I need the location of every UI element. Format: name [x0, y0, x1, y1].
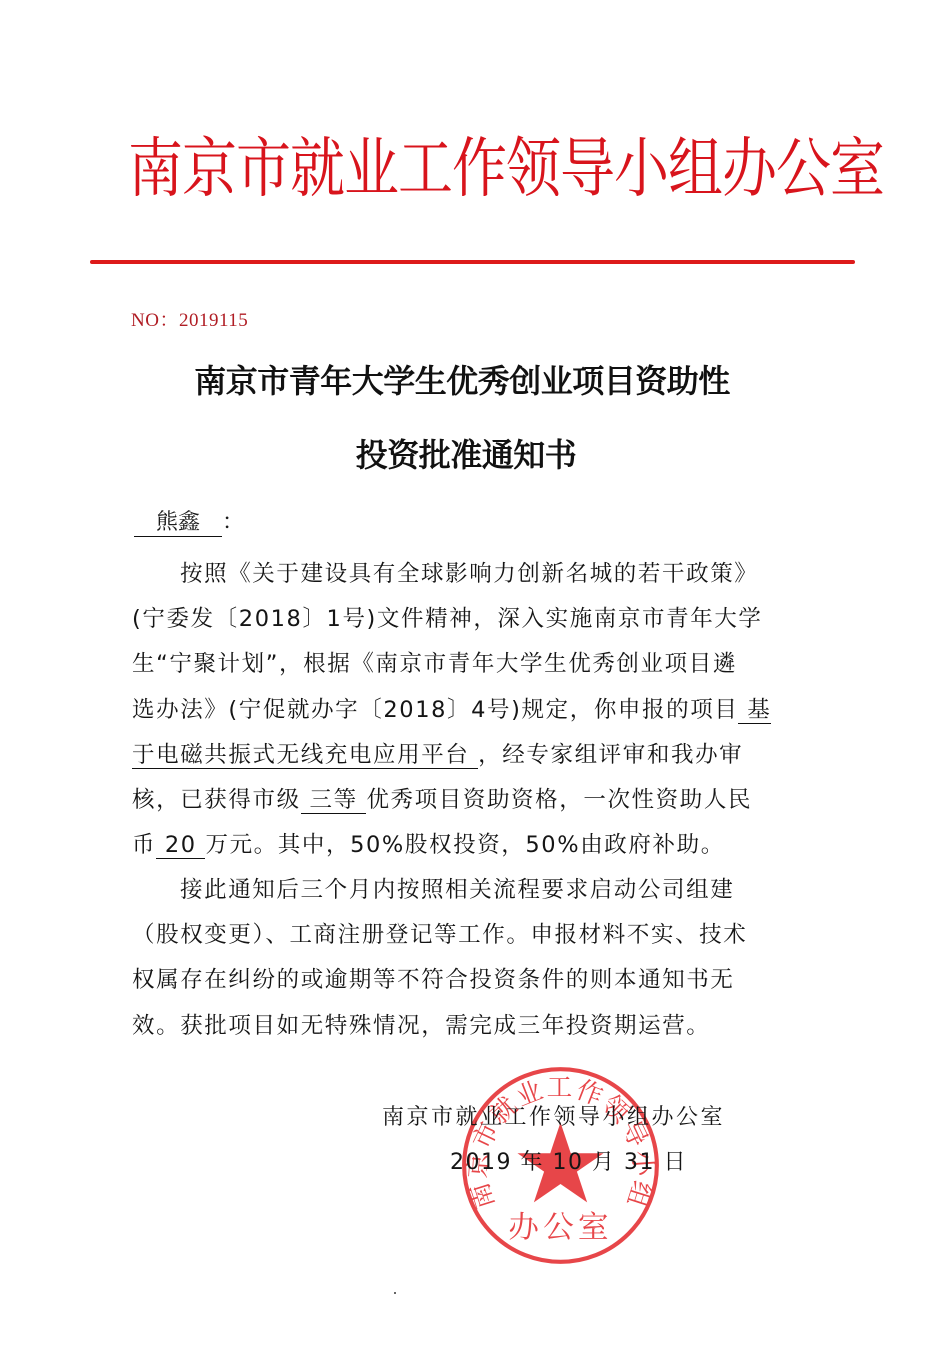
paragraph-line: (宁委发〔2018〕1号)文件精神，深入实施南京市青年大学 — [132, 597, 812, 642]
recipient-name: 熊鑫 — [134, 505, 222, 537]
project-name-text: 基 — [747, 697, 771, 723]
line-text: ，经专家组评审和我办审 — [478, 742, 743, 768]
award-amount: 20 — [156, 832, 205, 859]
paragraph-line: 选办法》(宁促就办字〔2018〕4号)规定，你申报的项目 基 — [132, 688, 812, 733]
line-text: 优秀项目资助资格，一次性资助人民 — [366, 787, 752, 813]
paragraph-line: 生“宁聚计划”，根据《南京市青年大学生优秀创业项目遴 — [132, 642, 812, 687]
paragraph-line: 于电磁共振式无线充电应用平台 ，经专家组评审和我办审 — [132, 733, 812, 778]
paragraph-line: 权属存在纠纷的或逾期等不符合投资条件的则本通知书无 — [132, 958, 812, 1003]
seal-center-text: 办公室 — [508, 1209, 613, 1245]
line-text: 万元。其中，50%股权投资，50%由政府补助。 — [205, 832, 724, 858]
letterhead-title: 南京市就业工作领导小组办公室 — [128, 128, 798, 208]
award-amount-text: 20 — [165, 832, 197, 858]
document-number: NO：2019115 — [131, 305, 248, 332]
project-name-text: 于电磁共振式无线充电应用平台 — [132, 742, 469, 768]
paragraph-line: 币 20 万元。其中，50%股权投资，50%由政府补助。 — [132, 823, 812, 868]
paragraph-line: 效。获批项目如无特殊情况，需完成三年投资期运营。 — [132, 1004, 812, 1049]
line-text: 币 — [132, 832, 156, 858]
award-grade-text: 三等 — [309, 787, 357, 813]
project-name-end: 于电磁共振式无线充电应用平台 — [132, 742, 478, 769]
paragraph-line: 核，已获得市级 三等 优秀项目资助资格，一次性资助人民 — [132, 778, 812, 823]
paragraph-line: 按照《关于建设具有全球影响力创新名城的若干政策》 — [132, 552, 812, 597]
salutation: 熊鑫： — [134, 505, 244, 537]
letterhead-divider — [90, 260, 855, 264]
paragraph-line: （股权变更）、工商注册登记等工作。申报材料不实、技术 — [132, 913, 812, 958]
signature-organization: 南京市就业工作领导小组办公室 — [382, 1100, 725, 1131]
line-text: 核，已获得市级 — [132, 787, 301, 813]
line-text: 选办法》(宁促就办字〔2018〕4号)规定，你申报的项目 — [132, 697, 738, 723]
scan-speck — [394, 1292, 396, 1294]
paragraph-line: 接此通知后三个月内按照相关流程要求启动公司组建 — [132, 868, 812, 913]
paragraph-requirements: 接此通知后三个月内按照相关流程要求启动公司组建 （股权变更）、工商注册登记等工作… — [132, 868, 812, 1049]
signature-date: 2019 年 10 月 31 日 — [450, 1145, 687, 1176]
project-name-start: 基 — [738, 697, 771, 724]
document-title-line1: 南京市青年大学生优秀创业项目资助性 — [0, 356, 932, 402]
award-grade: 三等 — [301, 787, 367, 814]
document-title-line2: 投资批准通知书 — [0, 430, 936, 476]
salutation-colon: ： — [222, 510, 244, 535]
paragraph-approval: 按照《关于建设具有全球影响力创新名城的若干政策》 (宁委发〔2018〕1号)文件… — [132, 552, 812, 868]
